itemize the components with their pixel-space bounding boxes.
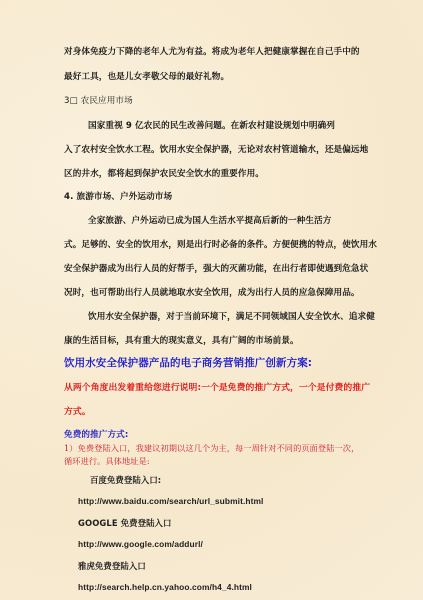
paragraph-line: 区的井水，都将起到保护农民安全饮水的重要作用。	[64, 167, 264, 179]
paragraph-line: 安全保护器成为出行人员的好帮手，强大的灭菌功能，在出行者即使遇到危急状	[64, 262, 368, 274]
free-desc-line: 1）免费登陆入口，我建议初期以这几个为主，每一周针对不同的页面登陆一次，	[64, 443, 359, 454]
free-heading: 免费的推广方式:	[64, 428, 128, 440]
paragraph-line: 最好工具，也是儿女孝敬父母的最好礼物。	[64, 70, 229, 82]
url-yahoo[interactable]: http://search.help.cn.yahoo.com/h4_4.htm…	[78, 582, 252, 592]
paragraph-line: 式。足够的、安全的饮用水，则是出行时必备的条件。方便便携的特点，使饮用水	[64, 238, 377, 250]
paragraph-line: 况时，也可帮助出行人员就地取水安全饮用，成为出行人员的应急保障用品。	[64, 286, 360, 298]
paragraph-line: 入了农村安全饮水工程。饮用水安全保护器，无论对农村管道输水，还是偏远地	[64, 143, 368, 155]
section-title: 饮用水安全保护器产品的电子商务营销推广创新方案:	[64, 355, 312, 370]
url-google[interactable]: http://www.google.com/addurl/	[78, 539, 203, 549]
document-page: 对身体免疫力下降的老年人尤为有益。将成为老年人把健康掌握在自己手中的 最好工具，…	[0, 0, 423, 600]
free-desc-line: 循环进行。具体地址是:	[64, 456, 150, 467]
red-intro-line: 从两个角度出发着重给您进行说明:一个是免费的推广方式，一个是付费的推广	[64, 380, 370, 393]
paragraph-line: 康的生活目标，具有重大的现实意义，具有广阔的市场前景。	[64, 334, 299, 346]
paragraph-line: 对身体免疫力下降的老年人尤为有益。将成为老年人把健康掌握在自己手中的	[64, 45, 360, 57]
entry-label-yahoo: 雅虎免费登陆入口	[78, 560, 146, 572]
section-heading-4: 4. 旅游市场、户外运动市场	[64, 190, 172, 202]
entry-label-baidu: 百度免费登陆入口:	[90, 474, 161, 486]
entry-label-google: GOOGLE 免费登陆入口	[78, 517, 172, 529]
red-intro-line: 方式。	[64, 404, 91, 417]
paragraph-line: 国家重视 9 亿农民的民生改善问题。在新农村建设规划中明确列	[88, 119, 335, 131]
section-heading-3: 3□ 农民应用市场	[64, 94, 133, 106]
url-baidu[interactable]: http://www.baidu.com/search/url_submit.h…	[78, 496, 263, 506]
paragraph-line: 全家旅游、户外运动已成为国人生活水平提高后新的一种生活方	[88, 214, 331, 226]
paragraph-line: 饮用水安全保护器，对于当前环境下，满足不同领域国人安全饮水、追求健	[88, 310, 375, 322]
